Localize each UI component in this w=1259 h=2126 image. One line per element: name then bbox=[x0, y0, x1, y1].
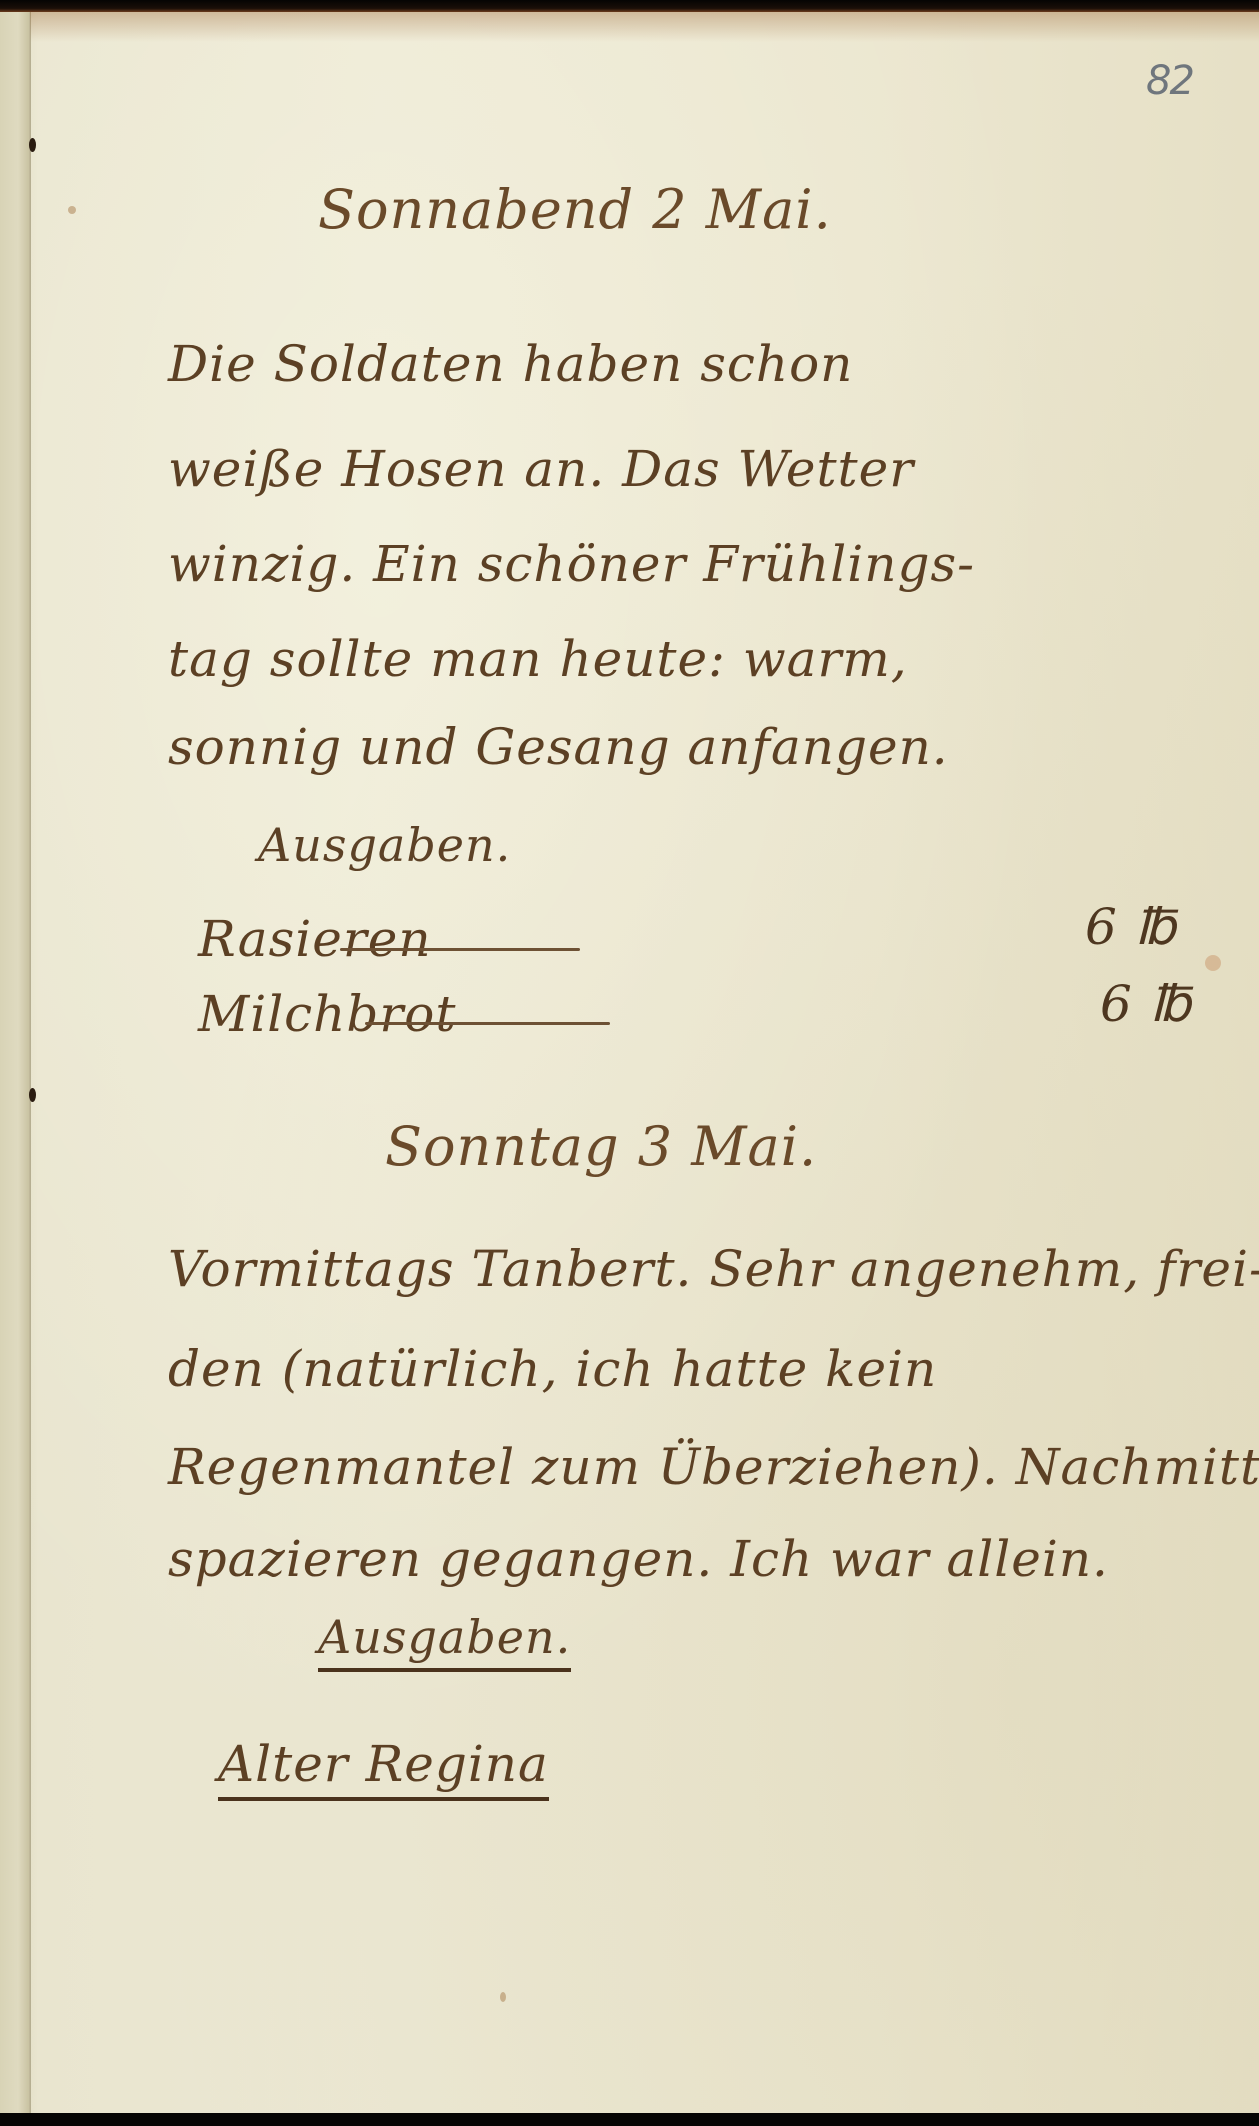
folio-number: 82 bbox=[1146, 58, 1193, 104]
entry-line: den (natürlich, ich hatte kein bbox=[168, 1340, 937, 1398]
expense-item-text: Alter Regina bbox=[218, 1735, 549, 1801]
page-gutter bbox=[0, 12, 31, 2113]
foxing-stain bbox=[30, 12, 1259, 42]
expenses-heading: Ausgaben. bbox=[258, 818, 511, 872]
entry-line: Die Soldaten haben schon bbox=[168, 335, 853, 393]
entry-line: weiße Hosen an. Das Wetter bbox=[168, 440, 914, 498]
paper-speck bbox=[68, 206, 76, 214]
expenses-heading-text: Ausgaben. bbox=[318, 1610, 571, 1672]
scan-border-top bbox=[0, 0, 1259, 12]
entry-line: tag sollte man heute: warm, bbox=[168, 630, 908, 688]
paper-speck bbox=[1205, 955, 1221, 971]
entry-line: spazieren gegangen. Ich war allein. bbox=[168, 1530, 1109, 1588]
expense-item: Alter Regina bbox=[218, 1735, 549, 1793]
expense-amount: 6 ℔ bbox=[1100, 975, 1192, 1033]
expense-item: Milchbrot bbox=[198, 985, 457, 1043]
binding-hole bbox=[29, 138, 36, 152]
expense-item: Rasieren bbox=[198, 910, 432, 968]
entry-line: Regenmantel zum Überziehen). Nachmittag bbox=[168, 1438, 1259, 1496]
expenses-heading: Ausgaben. bbox=[318, 1610, 571, 1664]
manuscript-page bbox=[0, 12, 1259, 2113]
entry-date: Sonnabend 2 Mai. bbox=[318, 178, 832, 241]
scan-border-bottom bbox=[0, 2113, 1259, 2126]
entry-line: Vormittags Tanbert. Sehr angenehm, frei- bbox=[168, 1240, 1259, 1298]
entry-line: winzig. Ein schöner Frühlings- bbox=[168, 535, 975, 593]
entry-line: sonnig und Gesang anfangen. bbox=[168, 718, 949, 776]
expense-amount: 6 ℔ bbox=[1085, 898, 1177, 956]
expense-leader-line bbox=[365, 1022, 610, 1025]
paper-speck bbox=[500, 1992, 506, 2002]
entry-date: Sonntag 3 Mai. bbox=[385, 1115, 817, 1178]
binding-hole bbox=[29, 1088, 36, 1102]
expense-leader-line bbox=[340, 948, 580, 951]
